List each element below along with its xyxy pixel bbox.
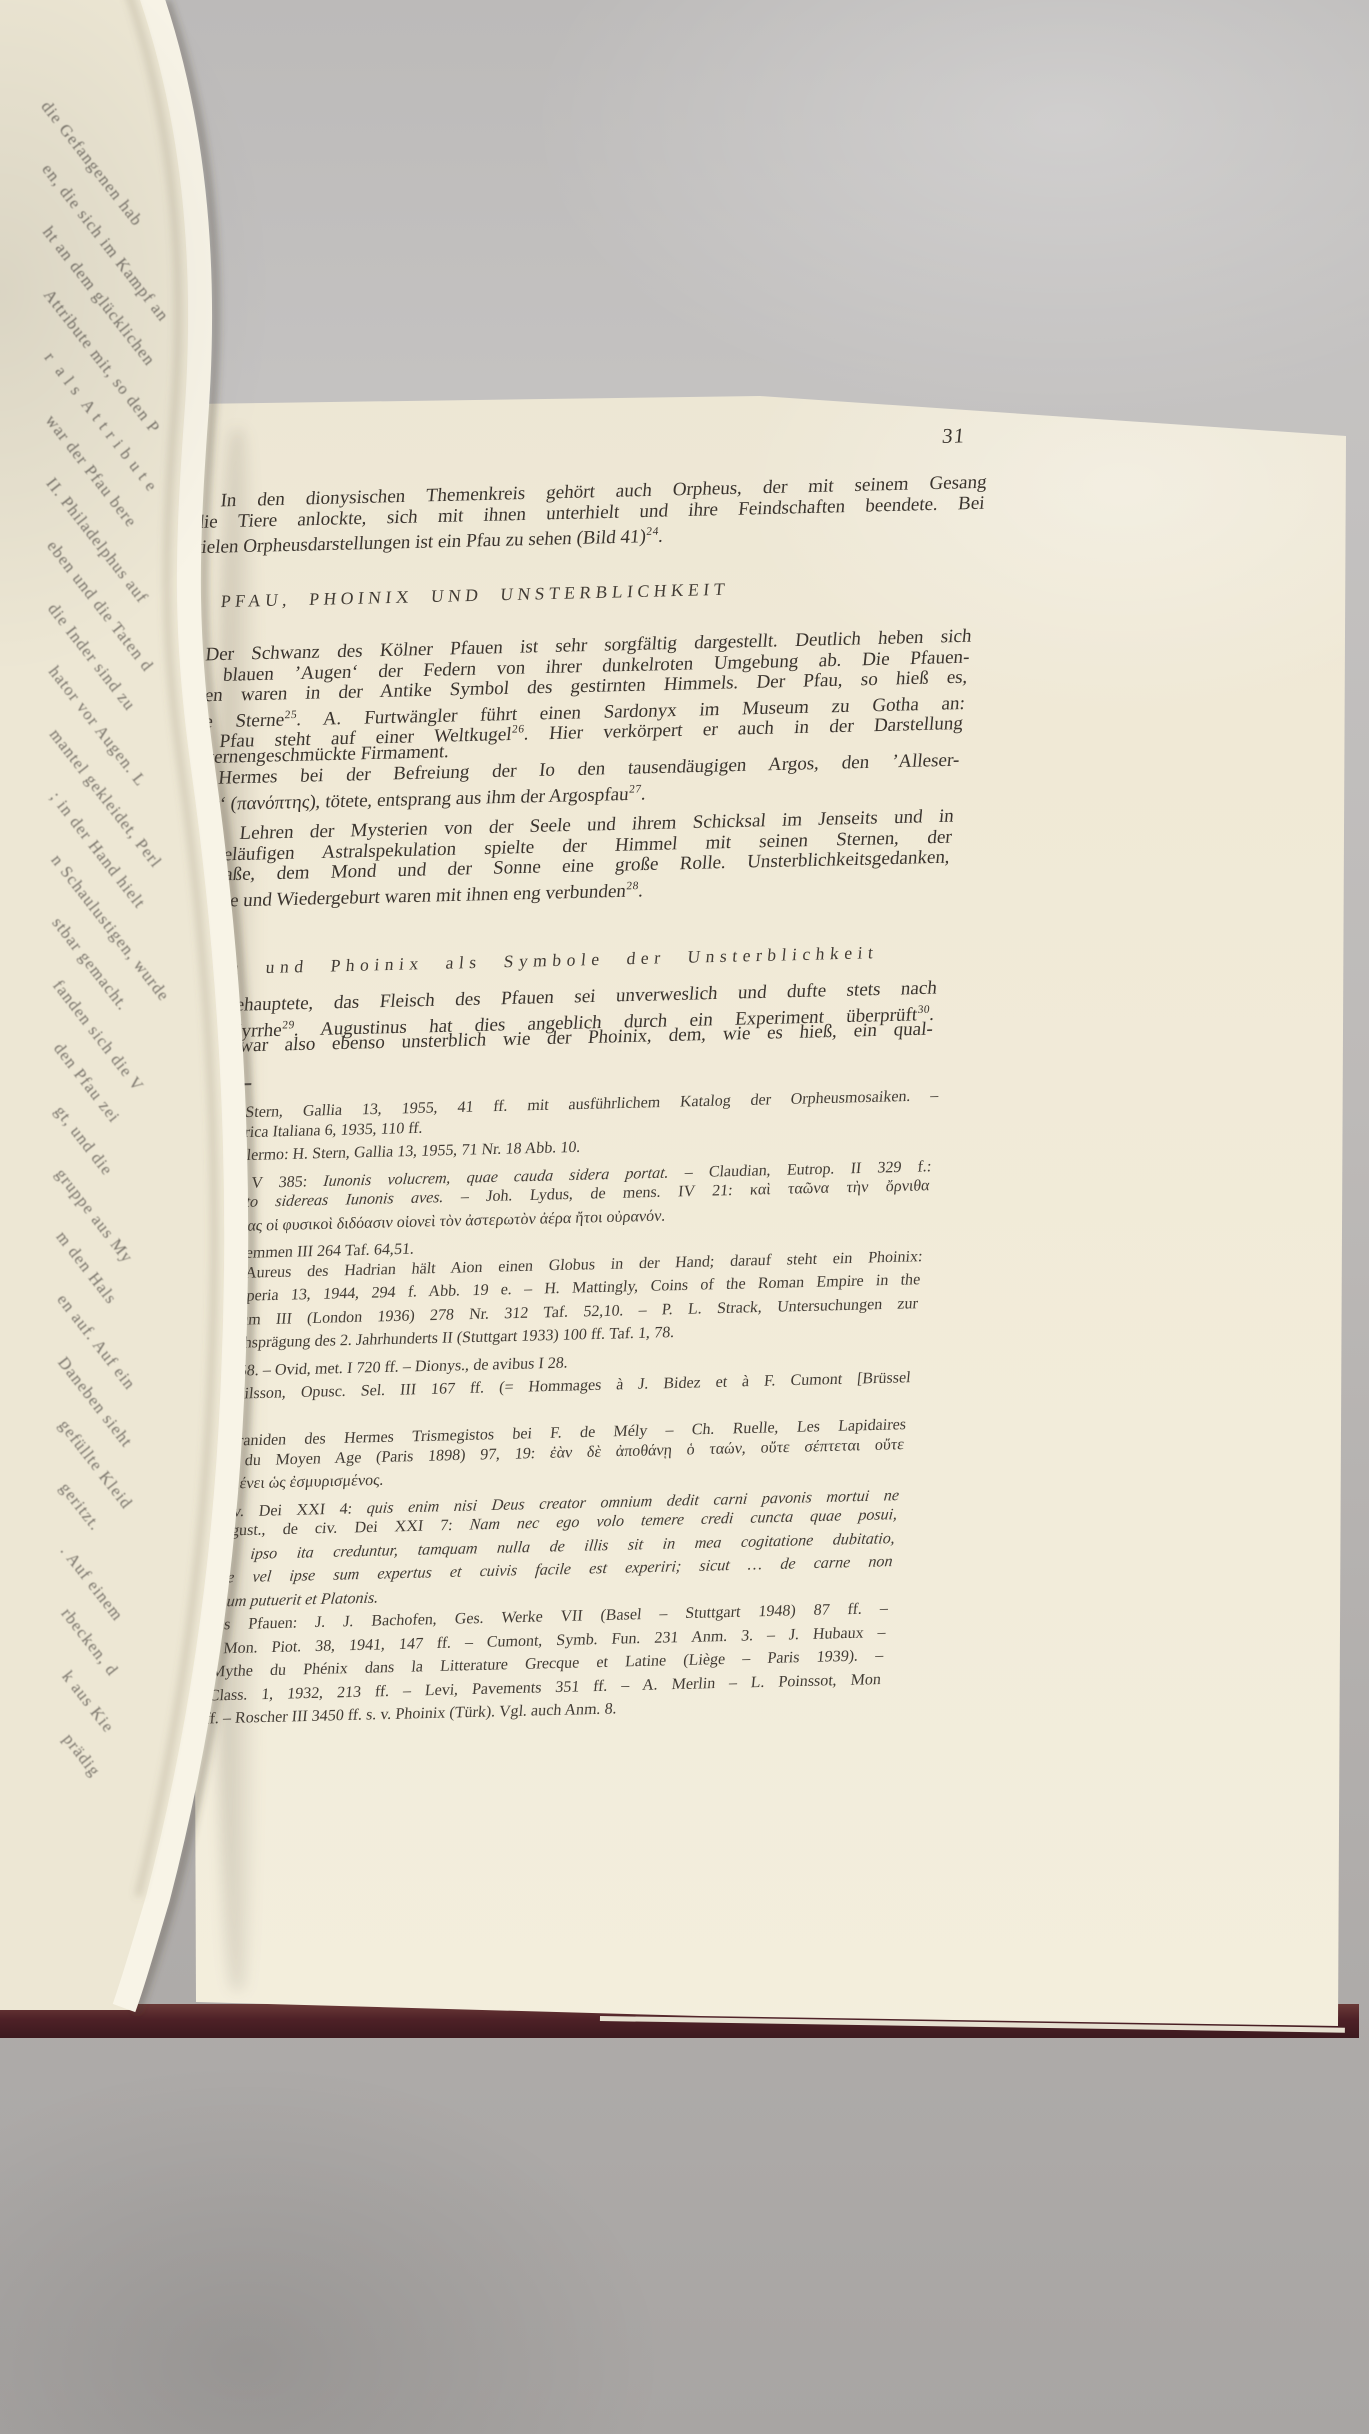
book-photo: 31 In den dionysischen Themenkreis gehör… — [0, 0, 1369, 2434]
text-segment: . — [637, 880, 644, 901]
text-segment: . — [640, 783, 647, 804]
text-segment: . — [657, 526, 664, 547]
paragraph-orpheus: In den dionysischen Themenkreis gehört a… — [191, 473, 987, 554]
